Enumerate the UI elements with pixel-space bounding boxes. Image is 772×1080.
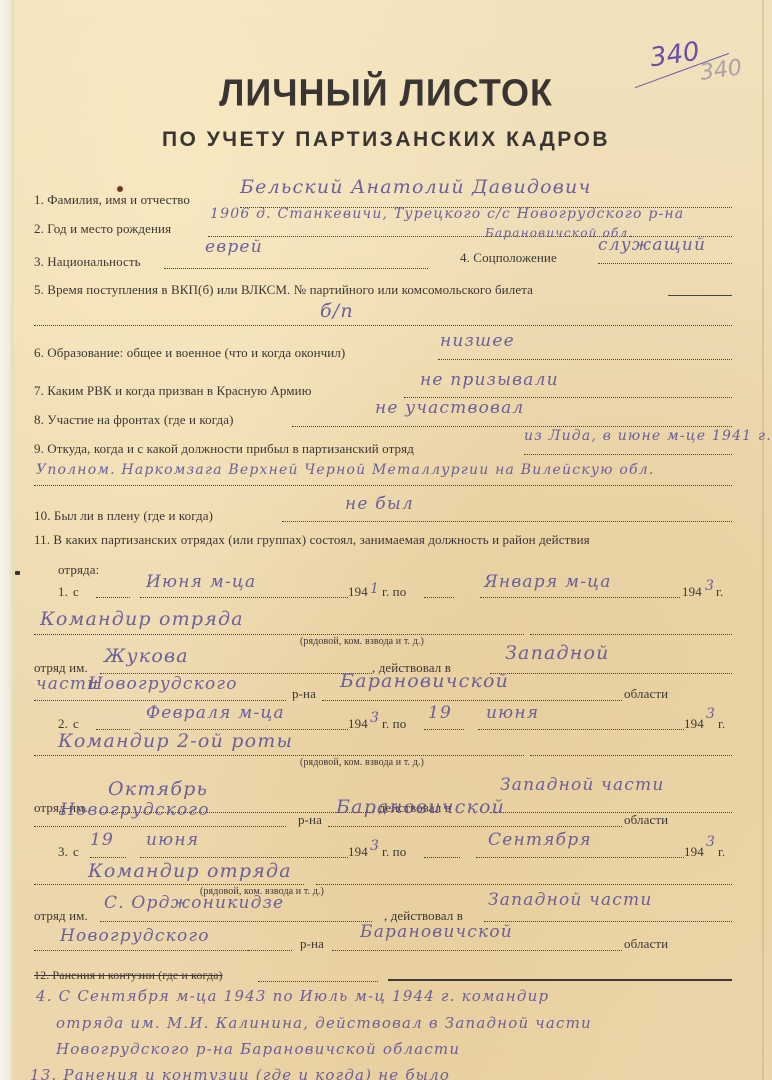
entry-3-to-day-line: [424, 857, 460, 858]
field-4-line: [598, 263, 732, 264]
ink-blot: [117, 186, 123, 192]
field-2-value: 1906 д. Станкевичи, Турецкого с/с Новогр…: [210, 206, 684, 222]
entry-1-region: Барановичской: [340, 670, 509, 692]
entry-2-position-line-a: [34, 755, 524, 756]
field-12-line-b: [388, 979, 732, 981]
entry-1-acted-in: Западной: [505, 642, 610, 664]
entry-3-squad-label: отряд им.: [34, 908, 88, 924]
field-6-line: [438, 359, 732, 360]
field-8-value: не участвовал: [375, 398, 524, 418]
entry-3-to-year-hand: 3: [706, 834, 716, 850]
entry-1-from-day-line: [96, 597, 130, 598]
entry-1-from-label: с: [73, 584, 79, 600]
punch-mark: [15, 571, 20, 575]
entry-1-district-label: р-на: [292, 686, 316, 702]
entry-3-to-year: 194: [684, 844, 704, 860]
entry-3-to-month-line: [476, 857, 684, 858]
entry-1-from-month: Июня м-ца: [146, 572, 256, 592]
field-9-value: из Лида, в июне м-це 1941 г.: [524, 428, 772, 444]
entry-3-from-day: 19: [90, 830, 114, 850]
entry-1-position-line-a: [34, 634, 524, 635]
page-edge: [0, 0, 14, 1080]
entry-3-to-label: г. по: [382, 844, 406, 860]
field-6-label: 6. Образование: общее и военное (что и к…: [34, 345, 345, 361]
field-5-line-b: [34, 325, 732, 326]
entry-2-to-label: г. по: [382, 716, 406, 732]
entry-3-acted-line: [484, 921, 732, 922]
field-4-label: 4. Соцположение: [460, 250, 557, 266]
entry-3-from-label: с: [73, 844, 79, 860]
entry-2-from-month: Февраля м-ца: [146, 703, 285, 723]
field-9-value-line2: Уполном. Наркомзага Верхней Черной Метал…: [36, 462, 654, 478]
entry-3-to-month: Сентября: [488, 830, 592, 850]
entry-2-position: Командир 2-ой роты: [58, 730, 293, 752]
entry-2-acted-line: [490, 812, 732, 813]
entry-3-position-line-b: [316, 884, 732, 885]
entry-2-to-day-line: [424, 729, 464, 730]
entry-2-region-label: области: [624, 812, 668, 828]
field-13-partial: 13. Ранения и контузии (где и когда) не …: [30, 1066, 450, 1080]
entry-3-from-month-line: [140, 857, 348, 858]
entry-2-district-label: р-на: [298, 812, 322, 828]
entry-3-region-label: области: [624, 936, 668, 952]
entry-3-num: 3.: [58, 844, 68, 860]
entry-1-to-year: 194: [682, 584, 702, 600]
entry-1-from-year-hand: 1: [370, 581, 380, 597]
entry-2-squad-name: Октябрь: [108, 778, 208, 800]
entry-1-year-suffix: г.: [716, 584, 723, 600]
entry-2-to-year: 194: [684, 716, 704, 732]
field-9-line-a: [524, 454, 732, 455]
field-12-line-a: [258, 981, 378, 982]
entry-3-position-line-a: [34, 884, 304, 885]
entry-2-district: Новогрудского: [60, 800, 210, 820]
entry-3-region-line: [332, 950, 622, 951]
field-1-label: 1. Фамилия, имя и отчество: [34, 192, 190, 208]
entry-2-region: Барановичской: [336, 796, 505, 818]
field-12-value-line-1: 4. С Сентября м-ца 1943 по Июль м-ц 1944…: [36, 987, 549, 1005]
field-4-value: служащий: [598, 235, 706, 255]
entry-2-to-year-hand: 3: [706, 706, 716, 722]
field-6-value: низшее: [440, 331, 515, 351]
field-5-line-a: [668, 295, 732, 296]
entry-1-to-label: г. по: [382, 584, 406, 600]
document-title: ЛИЧНЫЙ ЛИСТОК: [0, 71, 772, 115]
field-11-label-line2: отряда:: [58, 562, 99, 578]
field-10-label: 10. Был ли в плену (где и когда): [34, 508, 213, 524]
field-2-label: 2. Год и место рождения: [34, 221, 171, 237]
entry-3-district: Новогрудского: [60, 926, 210, 946]
entry-1-acted-line: [490, 673, 732, 674]
entry-1-from-year: 194: [348, 584, 368, 600]
entry-1-to-month: Января м-ца: [484, 572, 612, 592]
entry-1-position: Командир отряда: [40, 608, 244, 630]
field-5-label: 5. Время поступления в ВКП(б) или ВЛКСМ.…: [34, 282, 533, 298]
entry-1-num: 1.: [58, 584, 68, 600]
entry-2-to-month-line: [478, 729, 684, 730]
entry-3-district-line-b: [248, 950, 292, 951]
entry-2-from-year-hand: 3: [370, 710, 380, 726]
entry-2-year-suffix: г.: [718, 716, 725, 732]
field-9-label: 9. Откуда, когда и с какой должности при…: [34, 441, 414, 457]
entry-3-district-line-a: [34, 950, 274, 951]
paper-fold: [762, 0, 764, 1080]
entry-1-squad-name: Жукова: [104, 645, 189, 667]
entry-3-from-year: 194: [348, 844, 368, 860]
field-9-line-b: [34, 485, 732, 486]
entry-2-from-year: 194: [348, 716, 368, 732]
field-5-value: б/п: [320, 300, 354, 322]
entry-3-from-month: июня: [146, 830, 199, 850]
entry-1-to-day-line: [424, 597, 454, 598]
entry-1-region-label: области: [624, 686, 668, 702]
entry-2-to-month: июня: [486, 703, 539, 723]
entry-1-rank-hint: (рядовой, ком. взвода и т. д.): [300, 636, 424, 647]
entry-3-position: Командир отряда: [88, 860, 292, 882]
field-10-value: не был: [345, 494, 414, 514]
field-12-label: 12. Ранения и контузии (где и когда): [34, 968, 223, 983]
entry-2-district-line: [34, 826, 286, 827]
entry-1-district: Новогрудского: [88, 674, 238, 694]
field-7-label: 7. Каким РВК и когда призван в Красную А…: [34, 383, 312, 399]
field-1-value: Бельский Анатолий Давидович: [240, 176, 592, 198]
field-8-label: 8. Участие на фронтах (где и когда): [34, 412, 234, 428]
entry-1-district-line: [34, 700, 286, 701]
field-3-line: [164, 268, 428, 269]
field-7-value: не призывали: [420, 370, 559, 390]
field-11-label: 11. В каких партизанских отрядах (или гр…: [34, 532, 590, 548]
entry-2-region-line: [328, 826, 622, 827]
field-3-value: еврей: [205, 237, 263, 257]
field-10-line: [282, 521, 732, 522]
entry-3-acted-in: Западной части: [488, 890, 652, 910]
entry-3-squad-line: [100, 921, 372, 922]
entry-3-region: Барановичской: [360, 922, 513, 942]
field-3-label: 3. Национальность: [34, 254, 141, 270]
document-subtitle: ПО УЧЕТУ ПАРТИЗАНСКИХ КАДРОВ: [0, 128, 772, 152]
entry-2-to-day: 19: [428, 703, 452, 723]
field-8-line: [292, 426, 732, 427]
entry-1-position-line-b: [530, 634, 732, 635]
entry-2-rank-hint: (рядовой, ком. взвода и т. д.): [300, 757, 424, 768]
entry-1-region-line: [322, 700, 622, 701]
field-12-value-line-3: Новогрудского р-на Барановичской области: [56, 1040, 460, 1058]
entry-3-year-suffix: г.: [718, 844, 725, 860]
field-12-value-line-2: отряда им. М.И. Калинина, действовал в З…: [56, 1014, 592, 1032]
entry-3-squad-name: С. Орджоникидзе: [104, 893, 284, 913]
entry-1-from-month-line: [140, 597, 348, 598]
entry-1-to-month-line: [480, 597, 680, 598]
entry-3-from-year-hand: 3: [370, 838, 380, 854]
entry-2-position-line-b: [530, 755, 732, 756]
entry-3-district-label: р-на: [300, 936, 324, 952]
entry-2-acted-in: Западной части: [500, 775, 664, 795]
entry-3-from-day-line: [90, 857, 126, 858]
entry-1-to-year-hand: 3: [705, 578, 715, 594]
